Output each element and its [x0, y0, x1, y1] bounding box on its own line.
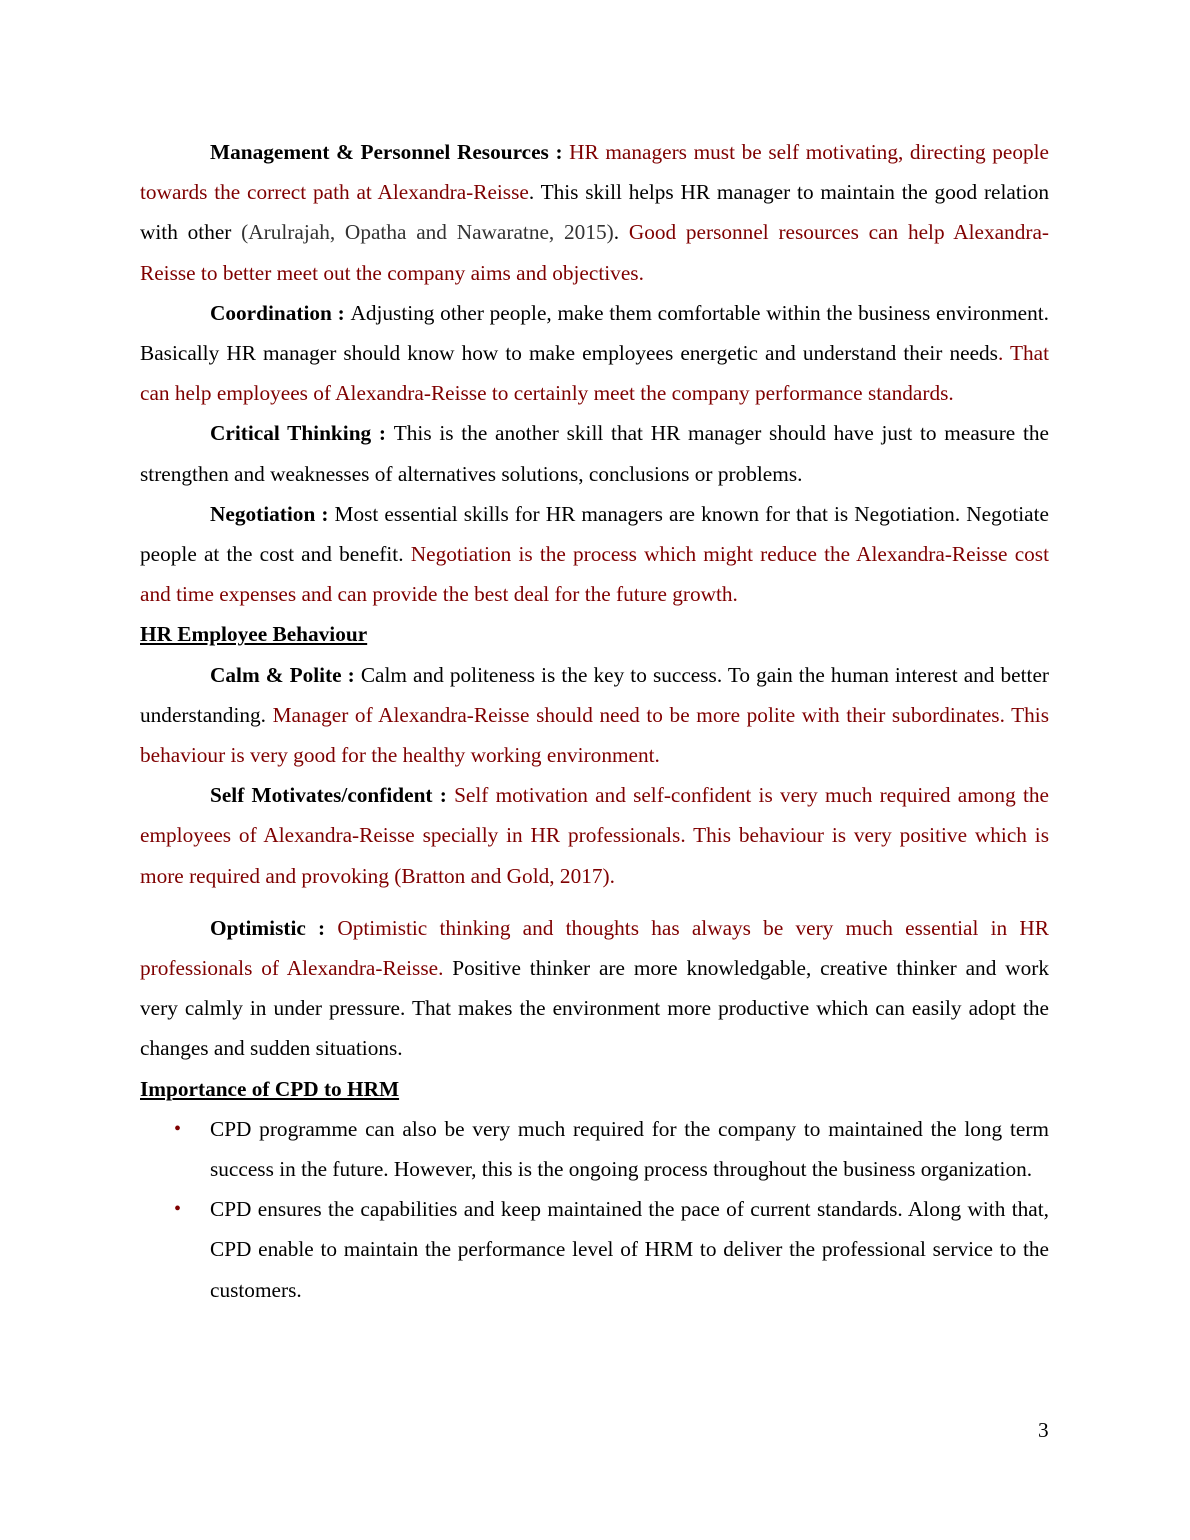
list-item-text: CPD ensures the capabilities and keep ma… — [210, 1197, 1049, 1301]
list-item: • CPD ensures the capabilities and keep … — [140, 1189, 1049, 1310]
term-label: Optimistic : — [210, 916, 337, 940]
paragraph-management: Management & Personnel Resources : HR ma… — [140, 132, 1049, 293]
paragraph-calm-polite: Calm & Polite : Calm and politeness is t… — [140, 655, 1049, 776]
section-heading-behaviour: HR Employee Behaviour — [140, 614, 1049, 654]
list-item: • CPD programme can also be very much re… — [140, 1109, 1049, 1189]
term-label: Coordination : — [210, 301, 350, 325]
bullet-icon: • — [174, 1109, 181, 1149]
highlighted-text: Manager of Alexandra-Reisse should need … — [140, 703, 1049, 767]
document-page: Management & Personnel Resources : HR ma… — [140, 132, 1049, 1310]
paragraph-critical-thinking: Critical Thinking : This is the another … — [140, 413, 1049, 493]
paragraph-coordination: Coordination : Adjusting other people, m… — [140, 293, 1049, 414]
term-label: Critical Thinking : — [210, 421, 394, 445]
paragraph-optimistic: Optimistic : Optimistic thinking and tho… — [140, 908, 1049, 1069]
paragraph-self-motivates: Self Motivates/confident : Self motivati… — [140, 775, 1049, 896]
term-label: Negotiation : — [210, 502, 335, 526]
cpd-bullet-list: • CPD programme can also be very much re… — [140, 1109, 1049, 1310]
citation: (Arulrajah, Opatha and Nawaratne, 2015) — [241, 220, 614, 244]
term-label: Management & Personnel Resources : — [210, 140, 569, 164]
list-item-text: CPD programme can also be very much requ… — [210, 1117, 1049, 1181]
term-label: Calm & Polite : — [210, 663, 361, 687]
page-number: 3 — [1038, 1418, 1049, 1443]
term-label: Self Motivates/confident : — [210, 783, 454, 807]
paragraph-negotiation: Negotiation : Most essential skills for … — [140, 494, 1049, 615]
section-heading-cpd: Importance of CPD to HRM — [140, 1069, 1049, 1109]
body-text: . — [614, 220, 629, 244]
bullet-icon: • — [174, 1189, 181, 1229]
